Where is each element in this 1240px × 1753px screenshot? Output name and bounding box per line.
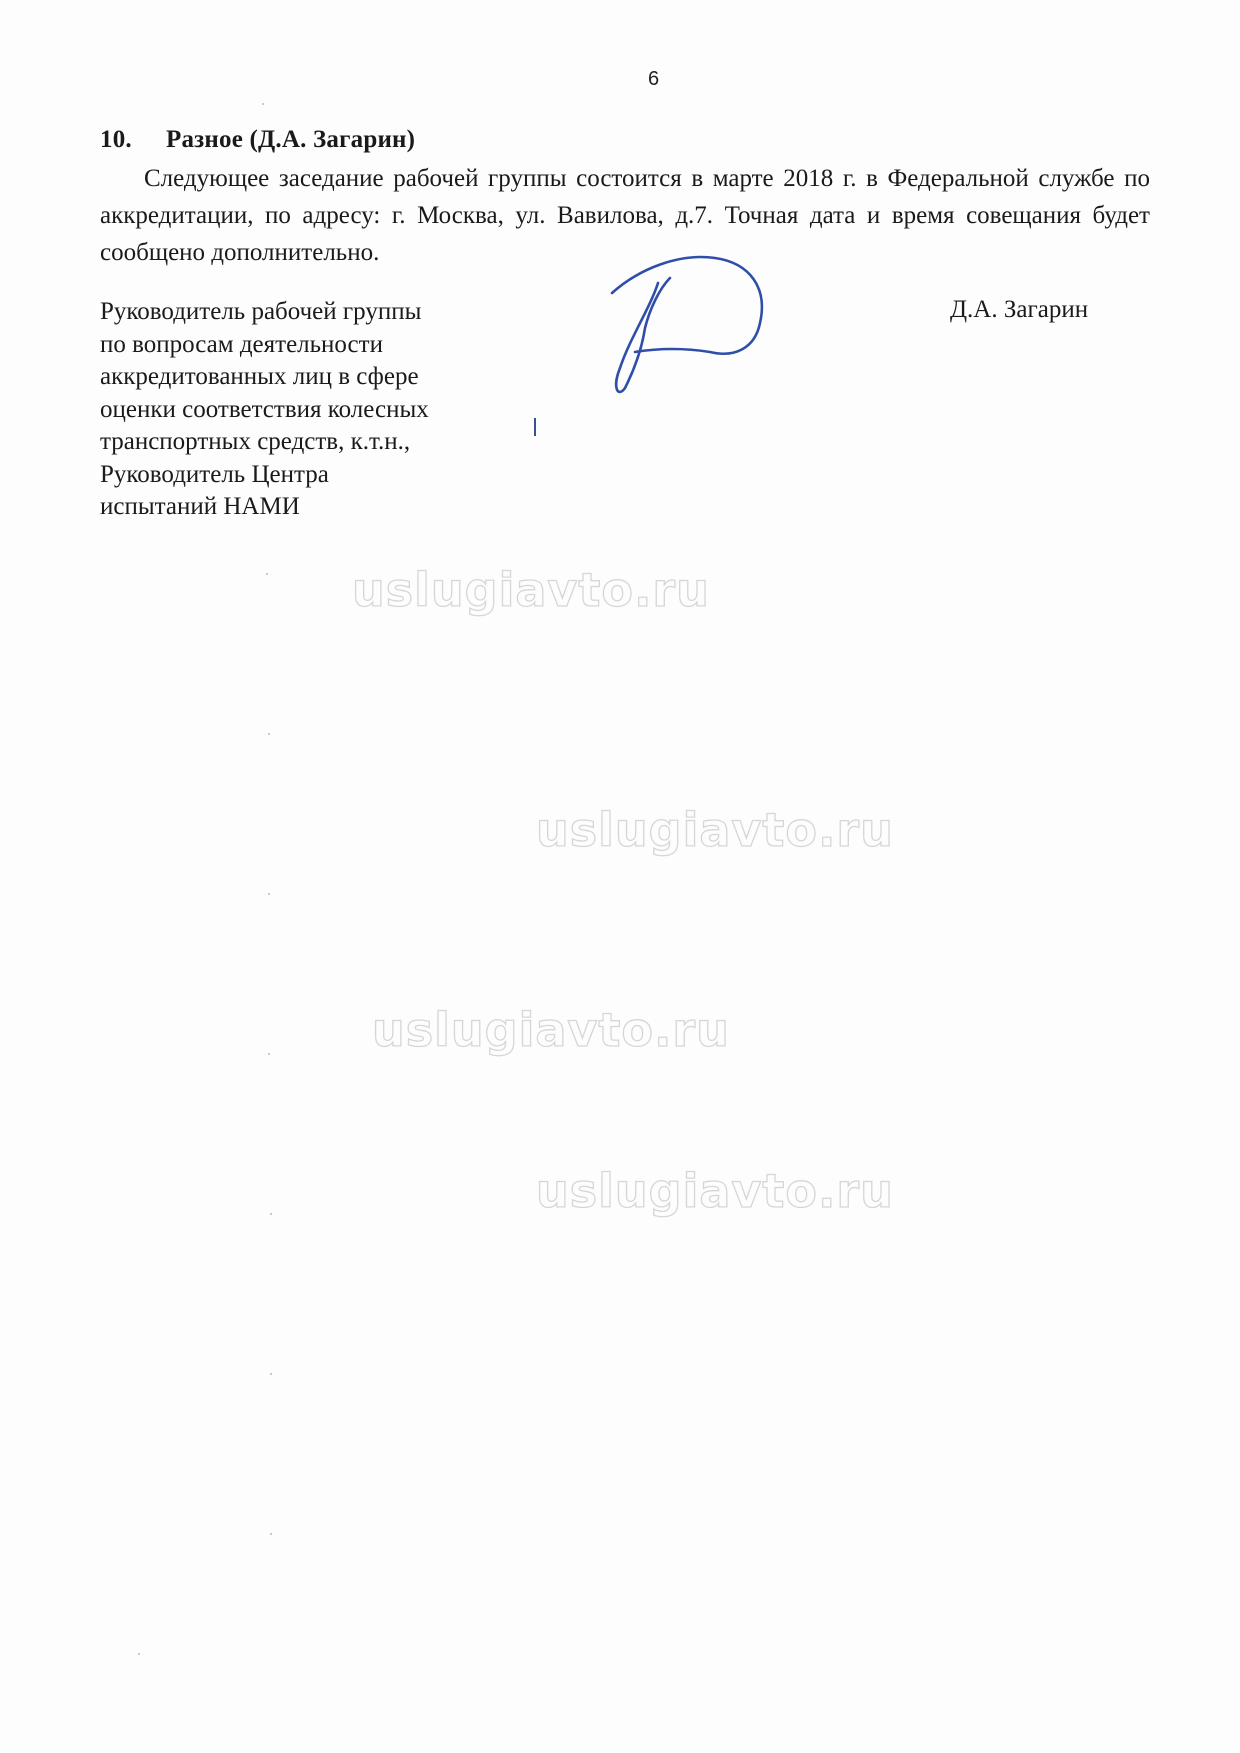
section-title: Разное (Д.А. Загарин)	[166, 126, 415, 153]
section-heading: 10.Разное (Д.А. Загарин)	[100, 126, 415, 154]
scan-speck	[268, 733, 270, 735]
scan-speck	[270, 1213, 272, 1215]
scan-speck	[268, 1053, 270, 1055]
scan-speck	[270, 1373, 272, 1375]
watermark: uslugiavto.ru	[372, 1003, 730, 1057]
watermark: uslugiavto.ru	[536, 803, 894, 857]
watermark: uslugiavto.ru	[536, 1164, 894, 1218]
signer-title-line: транспортных средств, к.т.н.,	[100, 426, 500, 459]
ink-mark	[534, 418, 536, 436]
signer-title-line: Руководитель Центра	[100, 459, 500, 492]
document-page: 6 10.Разное (Д.А. Загарин) Следующее зас…	[0, 0, 1240, 1753]
scan-speck	[266, 573, 268, 575]
signer-title: Руководитель рабочей группы по вопросам …	[100, 296, 500, 524]
signer-title-line: аккредитованных лиц в сфере	[100, 361, 500, 394]
watermark: uslugiavto.ru	[352, 563, 710, 617]
scan-speck	[268, 893, 270, 895]
signer-title-line: испытаний НАМИ	[100, 491, 500, 524]
signer-title-line: оценки соответствия колесных	[100, 394, 500, 427]
section-number: 10.	[100, 126, 166, 154]
page-number: 6	[648, 68, 659, 91]
scan-speck	[262, 103, 264, 105]
signer-title-line: по вопросам деятельности	[100, 329, 500, 362]
scan-speck	[138, 1653, 140, 1655]
scan-speck	[270, 1533, 272, 1535]
signer-title-line: Руководитель рабочей группы	[100, 296, 500, 329]
handwritten-signature	[600, 248, 780, 408]
signer-name: Д.А. Загарин	[950, 296, 1088, 324]
